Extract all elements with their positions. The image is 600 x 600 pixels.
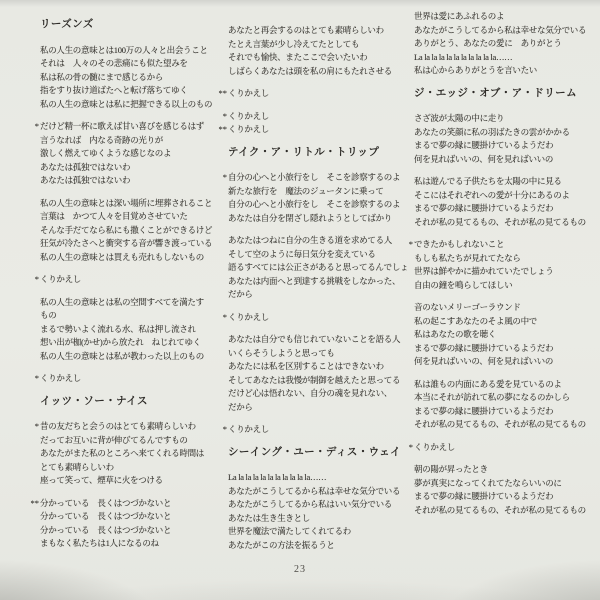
stanza: 朝の陽が昇ったとき夢が真実になってくれてたならいいのにまるで夢の縁に腰掛けている… xyxy=(414,463,598,517)
booklet-page: リーズンズ私の人生の意味とは100万の人々と出会うことそれは 人々のその悲痛にも… xyxy=(0,0,600,600)
lyric-line: まるで夢の縁に腰掛けているようだわ xyxy=(414,139,598,153)
lyric-line: あなたは自分でも信じれていないことを語る人 xyxy=(228,333,412,347)
stanza: 私は遊んでる子供たちを太陽の中に見るそこにはそれぞれへの愛が十分にあるのよまるで… xyxy=(414,175,598,229)
stanza: *くりかえし xyxy=(40,372,224,386)
stanza: *くりかえし xyxy=(414,441,598,455)
stanza: *くりかえし xyxy=(40,273,224,287)
lyric-line: 私は遊んでる子供たちを太陽の中に見る xyxy=(414,175,598,189)
lyric-line: 朝の陽が昇ったとき xyxy=(414,463,598,477)
lyric-line: まもなく私たちは1人になるのね xyxy=(40,537,224,551)
lyric-line: 自分の心へと小旅行をし そこを診察するのよ xyxy=(228,198,412,212)
lyric-line: しばらくあなたは頭を私の肩にもたれさせる xyxy=(228,65,412,79)
lyric-line: *くりかえし xyxy=(40,372,224,386)
lyric-line: *だけど精一杯に歌えば甘い喜びを感じるはず xyxy=(40,120,224,134)
lyric-line: あなたがこうしてるから私は幸せな気分でいる xyxy=(414,24,598,38)
lyric-line: 音のないメリーゴーラウンド xyxy=(414,301,598,315)
lyric-line: **くりかえし xyxy=(228,123,412,137)
lyric-line: もの xyxy=(40,309,224,323)
lyric-line: それでも愉快、またここで会いたいわ xyxy=(228,51,412,65)
lyric-line: あなたがまた私のところへ来てくれる時間は xyxy=(40,447,224,461)
lyric-line: まるで勢いよく流れる水、私は押し流され xyxy=(40,323,224,337)
lyric-line: 世界は愛にあふれるのよ xyxy=(414,10,598,24)
lyric-line: La la la la la la la la la la la…… xyxy=(228,471,412,485)
lyric-line: 分かっている 長くはつづかないと xyxy=(40,524,224,538)
song-title: テイク・ア・リトル・トリップ xyxy=(228,146,412,160)
song-title: イッツ・ソー・ナイス xyxy=(40,395,224,409)
repeat-marker: * xyxy=(223,110,228,124)
repeat-marker: * xyxy=(223,171,228,185)
lyric-line: *くりかえし xyxy=(228,110,412,124)
stanza: 私は誰もの内面にある愛を見ているのよ本当にそれが訪れて私の夢になるのかしらまるで… xyxy=(414,378,598,432)
lyric-line: そして空のように毎日気分を変えている xyxy=(228,248,412,262)
lyric-line: 私の人生の意味とは私が教わった以上のもの xyxy=(40,350,224,364)
lyric-line: あなたはつねに自分の生きる道を求めてる人 xyxy=(228,234,412,248)
lyric-line: 語るすべてには公正さがあると思ってるんでしょ xyxy=(228,261,412,275)
lyric-line: あなたは生き生きとし xyxy=(228,512,412,526)
stanza: La la la la la la la la la la la……あなたがこう… xyxy=(228,471,412,552)
lyric-line: もしも私たちが見れてたなら xyxy=(414,252,598,266)
lyric-line: たとえ言葉が少し冷えてたとしても xyxy=(228,38,412,52)
repeat-marker: * xyxy=(35,120,40,134)
repeat-marker: * xyxy=(409,441,414,455)
lyric-line: 自由の鐘を鳴らしてほしい xyxy=(414,279,598,293)
repeat-marker: * xyxy=(223,423,228,437)
song-title: ジ・エッジ・オブ・ア・ドリーム xyxy=(414,87,598,101)
stanza: **分かっている 長くはつづかないと分かっている 長くはつづかないと分かっている… xyxy=(40,497,224,551)
lyric-line: 私は私の骨の髄にまで感じるから xyxy=(40,71,224,85)
lyric-line: 激しく燃えてゆくような感じなのよ xyxy=(40,147,224,161)
lyric-line: あなたの笑顔に私の羽ばたきの雲がかかる xyxy=(414,126,598,140)
lyric-line: 分かっている 長くはつづかないと xyxy=(40,510,224,524)
repeat-marker: * xyxy=(409,238,414,252)
lyric-line: いくらそうしようと思っても xyxy=(228,347,412,361)
stanza: *できたかもしれないこともしも私たちが見れてたなら世界は鮮やかに描かれていたでし… xyxy=(414,238,598,292)
repeat-marker: * xyxy=(35,372,40,386)
stanza: 世界は愛にあふれるのよあなたがこうしてるから私は幸せな気分でいるありがとう、あな… xyxy=(414,10,598,78)
lyric-line: *くりかえし xyxy=(414,441,598,455)
lyric-line: あなたがこうしてるから私は幸せな気分でいる xyxy=(228,485,412,499)
lyric-line: La la la la la la la la la la la…… xyxy=(414,51,598,65)
repeat-marker: * xyxy=(35,420,40,434)
stanza: *くりかえし**くりかえし xyxy=(228,110,412,137)
lyric-line: *自分の心へと小旅行をし そこを診察するのよ xyxy=(228,171,412,185)
lyric-line: あなたは孤独ではないわ xyxy=(40,174,224,188)
lyric-line: とても素晴らしいわ xyxy=(40,461,224,475)
lyric-line: 世界は鮮やかに描かれていたでしょう xyxy=(414,265,598,279)
lyric-line: だけど心は悟れない、自分の魂を見れない、 xyxy=(228,387,412,401)
lyric-line: 言うなれば 内なる奇跡の光りが xyxy=(40,134,224,148)
stanza: 私の人生の意味とは100万の人々と出会うことそれは 人々のその悲痛にも似た望みを… xyxy=(40,44,224,112)
stanza: あなたと再会するのはとても素晴らしいわたとえ言葉が少し冷えてたとしてもそれでも愉… xyxy=(228,24,412,78)
lyric-line: それは 人々のその悲痛にも似た望みを xyxy=(40,57,224,71)
lyric-line: 私の起こすあなたのそよ風の中で xyxy=(414,315,598,329)
page-number: 23 xyxy=(0,564,600,575)
lyric-line: 想い出が枷(かせ)から放たれ ねじれてゆく xyxy=(40,336,224,350)
lyric-line: まるで夢の縁に腰掛けているようだわ xyxy=(414,202,598,216)
repeat-marker: * xyxy=(35,273,40,287)
stanza: **くりかえし xyxy=(228,87,412,101)
lyric-line: あなたがこうしてるから私はいい気分でいる xyxy=(228,498,412,512)
stanza: さざ波が太陽の中に走りあなたの笑顔に私の羽ばたきの雲がかかるまるで夢の縁に腰掛け… xyxy=(414,112,598,166)
lyric-line: まるで夢の縁に腰掛けているようだわ xyxy=(414,342,598,356)
lyrics-column-middle: あなたと再会するのはとても素晴らしいわたとえ言葉が少し冷えてたとしてもそれでも愉… xyxy=(228,0,412,561)
lyric-line: 何を見ればいいの、何を見ればいいの xyxy=(414,153,598,167)
lyric-line: **くりかえし xyxy=(228,87,412,101)
lyric-line: *くりかえし xyxy=(228,311,412,325)
lyric-line: あなたと再会するのはとても素晴らしいわ xyxy=(228,24,412,38)
lyric-line: 私は心からありがとうを言いたい xyxy=(414,64,598,78)
lyric-line: だってお互いに背が伸びてるんですもの xyxy=(40,434,224,448)
lyric-line: それが私の見てるもの、それが私の見てるもの xyxy=(414,504,598,518)
lyric-line: *できたかもしれないこと xyxy=(414,238,598,252)
lyric-line: 私の人生の意味とは私の空間すべてを満たす xyxy=(40,296,224,310)
repeat-marker: ** xyxy=(219,87,229,101)
stanza: あなたは自分でも信じれていないことを語る人いくらそうしようと思ってもあなたには私… xyxy=(228,333,412,414)
stanza: *くりかえし xyxy=(228,423,412,437)
lyric-line: だから xyxy=(228,288,412,302)
lyric-line: だから xyxy=(228,401,412,415)
stanza: あなたはつねに自分の生きる道を求めてる人そして空のように毎日気分を変えている語る… xyxy=(228,234,412,302)
lyric-line: *昔の友だちと会うのはとても素晴らしいわ xyxy=(40,420,224,434)
lyric-line: ありがとう、あなたの愛に ありがとう xyxy=(414,37,598,51)
lyric-line: 指をすり抜け道ばたへと転げ落ちてゆく xyxy=(40,84,224,98)
lyric-line: *くりかえし xyxy=(40,273,224,287)
lyric-line: さざ波が太陽の中に走り xyxy=(414,112,598,126)
stanza: *昔の友だちと会うのはとても素晴らしいわだってお互いに背が伸びてるんですものあな… xyxy=(40,420,224,488)
lyric-line: それが私の見てるもの、それが私の見てるもの xyxy=(414,216,598,230)
lyric-line: 私は誰もの内面にある愛を見ているのよ xyxy=(414,378,598,392)
stanza: 私の人生の意味とは深い場所に埋葬されること言葉は かつて人々を目覚めさせていたそ… xyxy=(40,197,224,265)
lyric-line: そしてあなたは我慢が制御を越えたと思ってる xyxy=(228,374,412,388)
repeat-marker: * xyxy=(223,311,228,325)
lyric-line: **分かっている 長くはつづかないと xyxy=(40,497,224,511)
repeat-marker: ** xyxy=(219,123,229,137)
lyrics-column-left: リーズンズ私の人生の意味とは100万の人々と出会うことそれは 人々のその悲痛にも… xyxy=(40,0,224,560)
lyric-line: *くりかえし xyxy=(228,423,412,437)
lyric-line: 世界を魔法で満たしてくれてるわ xyxy=(228,525,412,539)
lyric-line: 私はあなたの歌を聴く xyxy=(414,328,598,342)
lyric-line: 私の人生の意味とは深い場所に埋葬されること xyxy=(40,197,224,211)
lyric-line: 私の人生の意味とは買えも売れもしないもの xyxy=(40,251,224,265)
lyric-line: 狂気が冷たさへと衝突する音が響き渡っている xyxy=(40,237,224,251)
lyric-line: 私の人生の意味とは私に把握できる以上のもの xyxy=(40,98,224,112)
lyric-line: まるで夢の縁に腰掛けているようだわ xyxy=(414,490,598,504)
stanza: *くりかえし xyxy=(228,311,412,325)
song-title: リーズンズ xyxy=(40,18,224,32)
stanza: *自分の心へと小旅行をし そこを診察するのよ新たな旅行を 魔法のジュータンに乗っ… xyxy=(228,171,412,225)
repeat-marker: ** xyxy=(31,497,41,511)
lyric-line: 言葉は かつて人々を目覚めさせていた xyxy=(40,210,224,224)
lyrics-column-right: 世界は愛にあふれるのよあなたがこうしてるから私は幸せな気分でいるありがとう、あな… xyxy=(414,0,598,526)
lyric-line: あなたには私を区別することはできないわ xyxy=(228,360,412,374)
stanza: 音のないメリーゴーラウンド私の起こすあなたのそよ風の中で私はあなたの歌を聴くまる… xyxy=(414,301,598,369)
lyric-line: まるで夢の縁に腰掛けているようだわ xyxy=(414,405,598,419)
lyric-line: あなたは内面へと到達する挑戦をしなかった、 xyxy=(228,275,412,289)
lyric-line: 夢が真実になってくれてたならいいのに xyxy=(414,477,598,491)
stanza: *だけど精一杯に歌えば甘い喜びを感じるはず言うなれば 内なる奇跡の光りが激しく燃… xyxy=(40,120,224,188)
lyric-line: そんな手だてなら私にも撒くことができるけど xyxy=(40,224,224,238)
lyric-line: 新たな旅行を 魔法のジュータンに乗って xyxy=(228,185,412,199)
lyric-line: あなたがこの方法を振るうと xyxy=(228,539,412,553)
lyric-line: あなたは孤独ではないわ xyxy=(40,161,224,175)
lyric-line: あなたは自分を閉ざし隠れようとしてばかり xyxy=(228,212,412,226)
lyric-line: そこにはそれぞれへの愛が十分にあるのよ xyxy=(414,189,598,203)
lyric-line: それが私の見てるもの、それが私の見てるもの xyxy=(414,418,598,432)
lyric-line: 座って笑って、煙草に火をつける xyxy=(40,474,224,488)
lyric-line: 私の人生の意味とは100万の人々と出会うこと xyxy=(40,44,224,58)
song-title: シーイング・ユー・ディス・ウェイ xyxy=(228,446,412,460)
lyric-line: 本当にそれが訪れて私の夢になるのかしら xyxy=(414,391,598,405)
lyric-line: 何を見ればいいの、何を見ればいいの xyxy=(414,355,598,369)
stanza: 私の人生の意味とは私の空間すべてを満たすものまるで勢いよく流れる水、私は押し流さ… xyxy=(40,296,224,364)
